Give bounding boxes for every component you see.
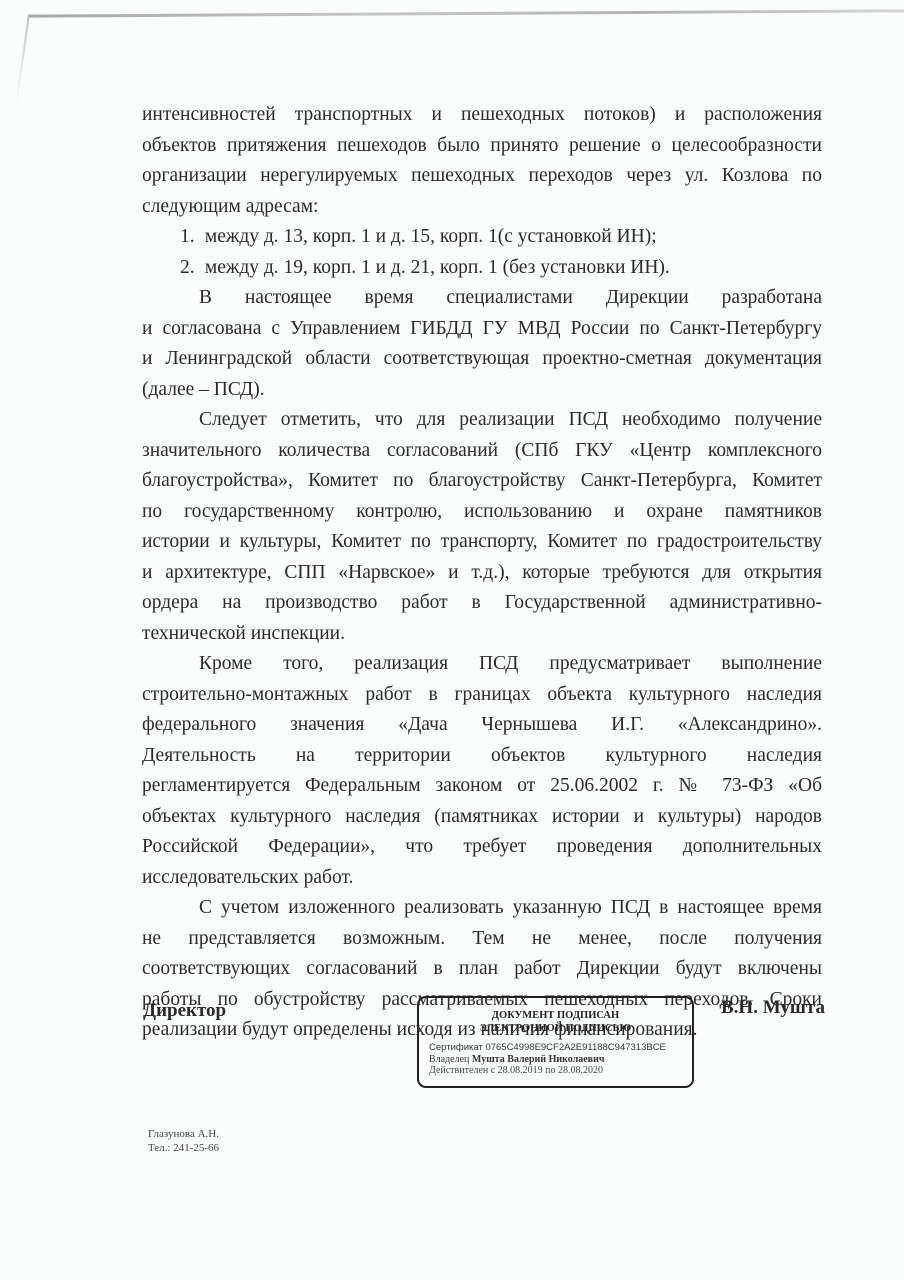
text-line: по государственному контролю, использова… (142, 497, 822, 528)
text-line: и согласована с Управлением ГИБДД ГУ МВД… (142, 314, 822, 345)
scan-edge-top (28, 9, 904, 17)
paragraph-2: В настоящее время специалистами Дирекции… (142, 283, 822, 405)
text-line: организации нерегулируемых пешеходных пе… (142, 161, 822, 192)
executor-phone: Тел.: 241-25-66 (148, 1141, 219, 1155)
owner-label: Владелец (429, 1054, 469, 1065)
paragraph-3: Следует отметить, что для реализации ПСД… (142, 405, 822, 649)
text-line: не представляется возможным. Тем не мене… (142, 924, 822, 955)
signatory-position: Директор (143, 1000, 226, 1022)
executor-name: Глазунова А.Н. (148, 1127, 219, 1141)
text-line: объектов притяжения пешеходов было приня… (142, 131, 822, 162)
executor-info: Глазунова А.Н. Тел.: 241-25-66 (148, 1127, 219, 1155)
electronic-signature-stamp: ДОКУМЕНТ ПОДПИСАН ЭЛЕКТРОННОЙ ПОДПИСЬЮ С… (417, 996, 694, 1088)
scan-edge-left (15, 14, 30, 103)
list-item: 2. между д. 19, корп. 1 и д. 21, корп. 1… (142, 253, 822, 284)
text-line: строительно-монтажных работ в границах о… (142, 680, 822, 711)
text-line: регламентируется Федеральным законом от … (142, 771, 822, 802)
list-number: 1. (180, 222, 200, 253)
text-line: Кроме того, реализация ПСД предусматрива… (142, 649, 822, 680)
address-list: 1. между д. 13, корп. 1 и д. 15, корп. 1… (142, 222, 822, 283)
stamp-title-line: ЭЛЕКТРОННОЙ ПОДПИСЬЮ (419, 1022, 692, 1035)
text-line: (далее – ПСД). (142, 375, 822, 406)
text-line: В настоящее время специалистами Дирекции… (142, 283, 822, 314)
text-line: объектах культурного наследия (памятника… (142, 802, 822, 833)
list-text: между д. 13, корп. 1 и д. 15, корп. 1(с … (205, 226, 657, 247)
letter-body: интенсивностей транспортных и пешеходных… (142, 100, 822, 1046)
text-line: и архитектуре, СПП «Нарвское» и т.д.), к… (142, 558, 822, 589)
text-line: Деятельность на территории объектов куль… (142, 741, 822, 772)
text-line: соответствующих согласований в план рабо… (142, 954, 822, 985)
text-line: следующим адресам: (142, 192, 822, 223)
text-line: Российской Федерации», что требует прове… (142, 832, 822, 863)
list-number: 2. (180, 253, 200, 284)
stamp-title-line: ДОКУМЕНТ ПОДПИСАН (419, 1009, 692, 1022)
text-line: и Ленинградской области соответствующая … (142, 344, 822, 375)
text-line: технической инспекции. (142, 619, 822, 650)
text-line: С учетом изложенного реализовать указанн… (142, 893, 822, 924)
certificate-label: Сертификат (429, 1042, 483, 1053)
signatory-name: В.Н. Мушта (721, 997, 825, 1019)
text-line: благоустройства», Комитет по благоустрой… (142, 466, 822, 497)
text-line: ордера на производство работ в Государст… (142, 588, 822, 619)
text-line: истории и культуры, Комитет по транспорт… (142, 527, 822, 558)
text-line: значительного количества согласований (С… (142, 436, 822, 467)
stamp-title: ДОКУМЕНТ ПОДПИСАН ЭЛЕКТРОННОЙ ПОДПИСЬЮ (419, 1009, 692, 1035)
paragraph-1: интенсивностей транспортных и пешеходных… (142, 100, 822, 222)
owner-value: Мушта Валерий Николаевич (472, 1054, 605, 1065)
list-text: между д. 19, корп. 1 и д. 21, корп. 1 (б… (205, 257, 670, 278)
paragraph-4: Кроме того, реализация ПСД предусматрива… (142, 649, 822, 893)
text-line: исследовательских работ. (142, 863, 822, 894)
text-line: Следует отметить, что для реализации ПСД… (142, 405, 822, 436)
text-line: интенсивностей транспортных и пешеходных… (142, 100, 822, 131)
certificate-value: 0765C4998E9CF2A2E91188C947313BCE (485, 1042, 665, 1053)
list-item: 1. между д. 13, корп. 1 и д. 15, корп. 1… (142, 222, 822, 253)
stamp-certificate: Сертификат 0765C4998E9CF2A2E91188C947313… (429, 1042, 692, 1053)
stamp-owner: Владелец Мушта Валерий Николаевич (429, 1054, 692, 1065)
text-line: федерального значения «Дача Чернышева И.… (142, 710, 822, 741)
stamp-validity: Действителен с 28.08.2019 по 28.08.2020 (429, 1065, 692, 1076)
